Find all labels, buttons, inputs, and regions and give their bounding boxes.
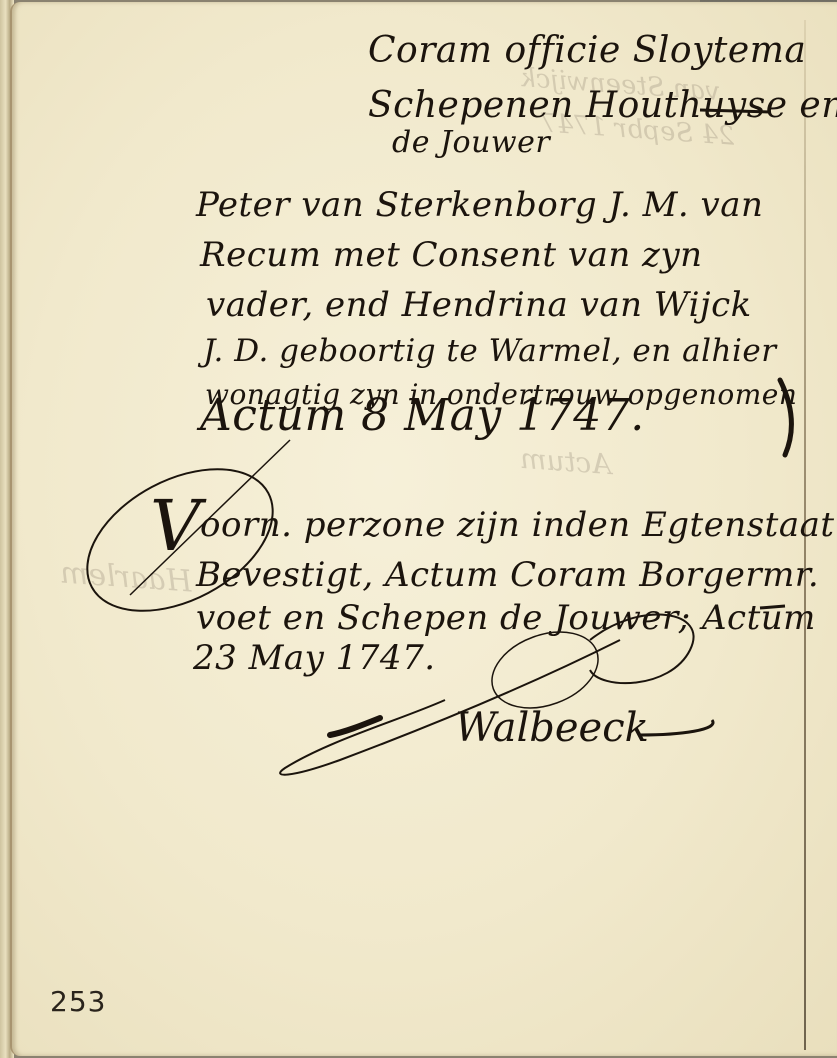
entry-heading-line: de Jouwer — [392, 125, 550, 160]
entry-heading-line: Coram officie Sloytema — [368, 30, 806, 71]
entry-body-line: Recum met Consent van zyn — [200, 235, 703, 275]
decorative-initial: V — [150, 485, 201, 567]
entry-body-line: Peter van Sterkenborg J. M. van — [196, 185, 763, 225]
entry-body-line: oorn. perzone zijn inden Egtenstaat — [200, 505, 835, 545]
entry-body-line: voet en Schepen de Jouwer; Actum — [196, 598, 816, 638]
entry-heading-line: Schepenen Houthuyse en — [368, 85, 837, 126]
entry-body-line: vader, end Hendrina van Wijck — [206, 285, 752, 325]
entry-date: 23 May 1747. — [193, 638, 436, 678]
folio-number: 253 — [50, 985, 106, 1018]
bleed-through-text: Actum — [519, 442, 613, 481]
signature: Walbeeck — [455, 705, 649, 751]
entry-body-line: Bevestigt, Actum Coram Borgermr. — [196, 555, 819, 595]
entry-body-line: J. D. geboortig te Warmel, en alhier — [203, 333, 777, 369]
entry-date: Actum 8 May 1747. — [200, 390, 645, 441]
